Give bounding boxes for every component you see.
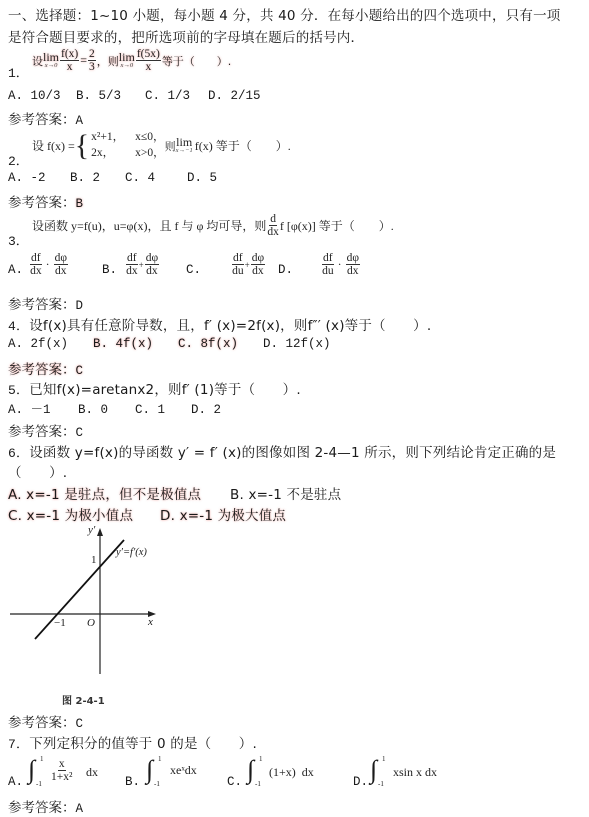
stem-text: 下列定积分的值等于 0 的是（ ）.: [29, 736, 257, 752]
frac-num: dφ: [346, 252, 360, 265]
answer-value: A: [76, 114, 84, 128]
integrand: x1+x²: [50, 758, 73, 783]
option-b[interactable]: B. 0: [78, 403, 135, 417]
dx: dx: [86, 765, 98, 780]
frac-den: dx: [55, 265, 67, 277]
upper-limit: 1: [259, 755, 263, 763]
option-label: C.: [186, 263, 201, 277]
option-b[interactable]: B. 2: [70, 171, 125, 185]
x-tick-minus-1: −1: [54, 617, 66, 629]
q2-post: f(x) 等于（ ）.: [195, 137, 291, 154]
question-3-stem: 设函数 y=f(u)，u=φ(x)，且 f 与 φ 均可导，则 ddx f [φ…: [32, 213, 394, 238]
lower-limit: -1: [154, 780, 160, 788]
lim-sub: x→−1: [176, 148, 193, 155]
question-1-number: 1．: [8, 62, 29, 81]
operator: ·: [338, 257, 342, 272]
equals: =: [80, 53, 87, 68]
question-2-options: A. -2B. 2C. 4D. 5: [8, 171, 217, 185]
answer-label: 参考答案：: [8, 112, 76, 128]
q1-frac1: f(x)x: [60, 48, 79, 73]
frac-den: x: [145, 61, 151, 73]
question-1-options: A. 10/3B. 5/3C. 1/3D. 2/15: [8, 89, 261, 103]
frac-num: d: [269, 213, 277, 226]
q2-pre: 设 f(x) =: [32, 137, 75, 154]
frac-den: 3: [89, 61, 95, 73]
q1-mid: ，则: [97, 53, 119, 69]
frac-den: dx: [267, 226, 279, 238]
option-label: D.: [278, 263, 293, 277]
question-5-stem: 5．已知f(x)=aretanx2，则f′ (1)等于（ ）.: [8, 378, 301, 398]
frac-num: 2: [88, 48, 96, 61]
option-c[interactable]: C. x=-1 为极小值点: [8, 504, 160, 524]
option-expr: dfdx · dφdx: [29, 252, 69, 277]
operator: ·: [46, 257, 50, 272]
question-4-stem: 4．设f(x)具有任意阶导数，且，f′ (x)=2f(x)，则f″′ (x)等于…: [8, 314, 431, 334]
question-5-options: A. －1B. 0C. 1D. 2: [8, 399, 221, 417]
option-c[interactable]: C. 4: [125, 171, 187, 185]
integral-icon: ∫: [247, 757, 254, 783]
upper-limit: 1: [40, 755, 44, 763]
integral-icon: ∫: [28, 757, 35, 783]
q1-post: 等于（ ）.: [162, 53, 232, 69]
frac-den: dx: [30, 265, 42, 277]
answer-value: A: [76, 802, 84, 816]
frac-num: f(x): [60, 48, 79, 61]
operator: +: [245, 260, 250, 270]
question-3-options: A. dfdx · dφdx B. dfdx + dφdx C. dfdu + …: [8, 252, 361, 277]
upper-limit: 1: [158, 755, 162, 763]
question-4-number: 4．: [8, 319, 29, 334]
frac-den: du: [232, 265, 244, 277]
figure-caption: 图 2-4-1: [62, 692, 105, 707]
frac-num: df: [322, 252, 334, 265]
option-c[interactable]: C. 1/3: [145, 89, 208, 103]
question-6-number: 6．: [8, 446, 29, 461]
q1-pre: 设: [32, 53, 43, 69]
option-d[interactable]: D. 12f(x): [263, 337, 331, 351]
option-a-text: A. x=-1 是驻点，但不是极值点: [8, 487, 201, 503]
frac-den: 1+x²: [51, 771, 72, 783]
q1-frac2: 23: [88, 48, 96, 73]
frac-num: dφ: [54, 252, 68, 265]
option-expr: dfdu · dφdx: [321, 252, 361, 277]
option-b[interactable]: B. x=-1 不是驻点: [230, 487, 341, 503]
section-heading-line2: 是符合题目要求的，把所选项前的字母填在题后的括号内．: [8, 26, 364, 46]
option-b[interactable]: B. 4f(x): [93, 337, 178, 351]
integral-icon: ∫: [370, 757, 377, 783]
integrand: xsin x dx: [393, 765, 437, 780]
answer-value: B: [76, 197, 84, 211]
figure-2-4-1: y′ x O 1 −1 y′=f′(x) 图 2-4-1: [0, 522, 200, 712]
stem-text: 设f(x)具有任意阶导数，且，f′ (x)=2f(x)，则f″′ (x)等于（ …: [29, 318, 431, 334]
x-axis-label: x: [148, 616, 153, 628]
integral-icon: ∫: [146, 757, 153, 783]
frac-den: dx: [126, 265, 138, 277]
option-c[interactable]: C. 8f(x): [178, 337, 263, 351]
question-2-stem: 设 f(x) = { x²+1，x≤0， 2x，x>0， 则 limx→−1 f…: [32, 130, 291, 161]
case2-expr: 2x，: [91, 146, 135, 162]
option-label: C.: [227, 775, 242, 789]
answer-label: 参考答案：: [8, 715, 76, 731]
frac-num: df: [30, 252, 42, 265]
question-6-stem-line2: （ ）.: [8, 461, 67, 481]
case1-cond: x≤0，: [135, 130, 164, 146]
question-6-answer: 参考答案：C: [8, 711, 83, 731]
integrand: (1+x) dx: [269, 765, 314, 780]
answer-label: 参考答案：: [8, 424, 76, 440]
option-a[interactable]: A. －1: [8, 399, 78, 417]
frac-num: dφ: [145, 252, 159, 265]
lower-limit: -1: [378, 780, 384, 788]
frac-den: du: [322, 265, 334, 277]
section-heading-line1: 一、选择题：1~10 小题，每小题 4 分，共 40 分．在每小题给出的四个选项…: [8, 4, 561, 24]
question-2-answer: 参考答案：B: [8, 191, 83, 211]
question-4-options: A. 2f(x)B. 4f(x)C. 8f(x)D. 12f(x): [8, 337, 331, 351]
question-2-number: 2．: [8, 150, 29, 169]
question-3-number: 3．: [8, 230, 29, 249]
stem-text: 设函数 y=f(x)的导函数 y′ = f′ (x)的图像如图 2-4—1 所示…: [29, 445, 556, 461]
option-d[interactable]: D. 2/15: [208, 89, 261, 103]
question-1-stem: 设 limx→0 f(x)x = 23 ，则 limx→0 f(5x)x 等于（…: [32, 48, 231, 73]
q3-derivative: ddx: [267, 213, 279, 238]
option-a[interactable]: A. x=-1 是驻点，但不是极值点: [8, 483, 230, 503]
option-label: D.: [353, 775, 368, 789]
q3-text: 设函数 y=f(u)，u=φ(x)，且 f 与 φ 均可导，则: [32, 217, 266, 234]
option-expr: dfdu + dφdx: [231, 252, 266, 277]
frac-den: x: [67, 61, 73, 73]
q1-lim: limx→0: [43, 51, 59, 70]
lower-limit: -1: [255, 780, 261, 788]
option-a[interactable]: A. 2f(x): [8, 337, 93, 351]
frac-num: dφ: [251, 252, 265, 265]
question-4-answer: 参考答案：C: [8, 358, 83, 378]
question-1-answer: 参考答案：A: [8, 108, 83, 128]
option-b[interactable]: B. 5/3: [76, 89, 145, 103]
question-7-answer: 参考答案：A: [8, 796, 83, 816]
question-5-answer: 参考答案：C: [8, 420, 83, 440]
frac-num: f(5x): [136, 48, 161, 61]
frac-den: dx: [146, 265, 158, 277]
curve-label: y′=f′(x): [116, 547, 147, 558]
option-c[interactable]: C. dfdu + dφdx: [186, 252, 278, 277]
option-a[interactable]: A. dfdx · dφdx: [8, 252, 102, 277]
answer-label: 参考答案：: [8, 362, 76, 378]
option-b[interactable]: B. dfdx + dφdx: [102, 252, 186, 277]
origin-label: O: [87, 617, 95, 629]
piecewise-function: { x²+1，x≤0， 2x，x>0，: [75, 130, 165, 161]
answer-value: C: [76, 426, 84, 440]
answer-value: C: [76, 364, 84, 378]
question-7-number: 7．: [8, 737, 29, 752]
question-6-options-row1: A. x=-1 是驻点，但不是极值点B. x=-1 不是驻点: [8, 483, 341, 503]
option-label: B.: [102, 263, 117, 277]
integrand: xeˣdx: [170, 763, 197, 778]
answer-label: 参考答案：: [8, 195, 76, 211]
y-tick-1: 1: [91, 554, 97, 566]
option-d[interactable]: D. 2: [191, 403, 221, 417]
option-label: A.: [8, 263, 23, 277]
answer-value: C: [76, 717, 84, 731]
question-3-answer: 参考答案：D: [8, 293, 83, 313]
question-6-options-row2: C. x=-1 为极小值点D. x=-1 为极大值点: [8, 504, 286, 524]
case2-cond: x>0，: [135, 146, 165, 162]
option-a[interactable]: A. -2: [8, 171, 70, 185]
left-brace-icon: {: [75, 131, 89, 161]
question-7-stem: 7．下列定积分的值等于 0 的是（ ）.: [8, 732, 257, 752]
answer-label: 参考答案：: [8, 800, 76, 816]
upper-limit: 1: [382, 755, 386, 763]
case1-expr: x²+1，: [91, 130, 135, 146]
option-expr: dfdx + dφdx: [125, 252, 160, 277]
option-a[interactable]: A. 10/3: [8, 89, 76, 103]
q1-lim2: limx→0: [119, 51, 135, 70]
question-7-options: A. ∫ 1 -1 x1+x² dx B. ∫ 1 -1 xeˣdx C. ∫ …: [8, 755, 588, 791]
option-c[interactable]: C. 1: [135, 403, 191, 417]
question-5-number: 5．: [8, 383, 29, 398]
lim-sub: x→0: [120, 63, 133, 70]
q2-lim: limx→−1: [176, 136, 193, 155]
option-d[interactable]: D. 5: [187, 171, 217, 185]
lower-limit: -1: [36, 780, 42, 788]
frac-num: df: [232, 252, 244, 265]
lim-sub: x→0: [45, 63, 58, 70]
frac-den: dx: [347, 265, 359, 277]
question-6-stem-line1: 6．设函数 y=f(x)的导函数 y′ = f′ (x)的图像如图 2-4—1 …: [8, 441, 556, 461]
answer-label: 参考答案：: [8, 297, 76, 313]
derivative-graph: [0, 522, 200, 712]
q2-mid: 则: [165, 138, 176, 154]
y-axis-label: y′: [88, 524, 95, 536]
answer-value: D: [76, 299, 84, 313]
cases: x²+1，x≤0， 2x，x>0，: [91, 130, 165, 161]
frac-num: df: [126, 252, 138, 265]
frac-den: dx: [252, 265, 264, 277]
q3-post: f [φ(x)] 等于（ ）.: [280, 217, 394, 234]
stem-text: 已知f(x)=aretanx2，则f′ (1)等于（ ）.: [29, 382, 301, 398]
frac-num: x: [58, 758, 66, 771]
option-label: B.: [125, 775, 140, 789]
q1-frac3: f(5x)x: [136, 48, 161, 73]
operator: +: [139, 260, 144, 270]
option-label: A.: [8, 775, 23, 789]
option-d[interactable]: D. dfdu · dφdx: [278, 252, 361, 277]
